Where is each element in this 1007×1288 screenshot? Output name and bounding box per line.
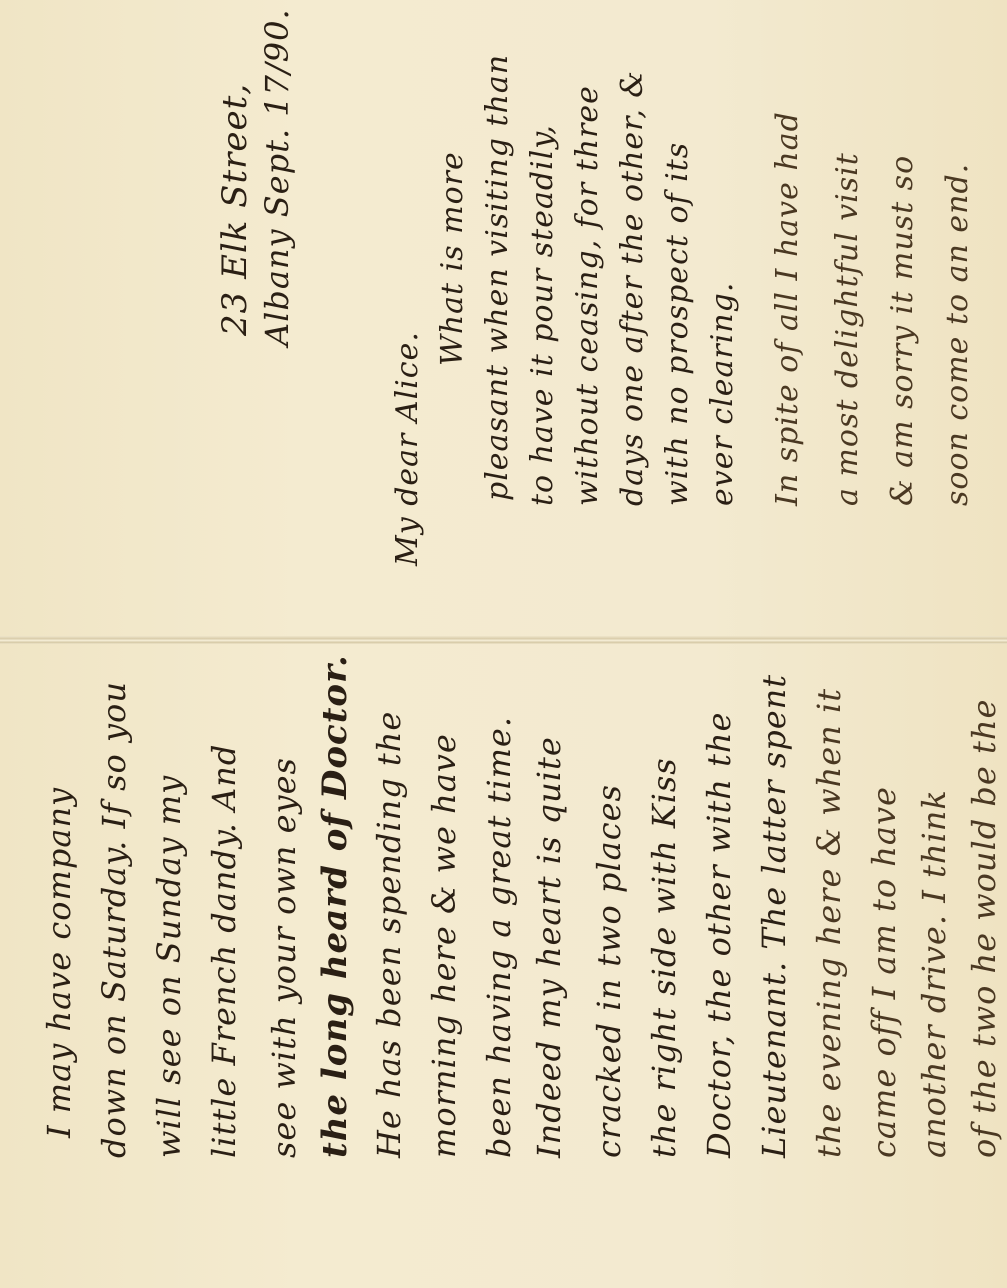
letter-line: In spite of all I have had [770,111,805,506]
letter-line: the evening here & when it [810,688,848,1158]
letter-line: will see on Sunday my [150,775,188,1158]
letter-line: morning here & we have [425,733,463,1158]
letter-line: a most delightful visit [830,152,865,506]
letter-line: little French dandy. And [205,744,243,1158]
letter-line: of the two he would be the [965,699,1003,1158]
letter-line: Lieutenant. The latter spent [755,674,793,1158]
letter-line: down on Saturday. If so you [95,681,133,1158]
letter-page-right: 23 Elk Street, Albany Sept. 17/90. My de… [0,0,1007,636]
letter-line: to have it pour steadily, [525,124,560,506]
letter-line: days one after the other, & [615,70,650,506]
letter-line: cracked in two places [590,784,628,1158]
page-left-text: I may have company down on Saturday. If … [0,644,1007,1288]
letter-line: pleasant when visiting than [480,54,515,501]
letter-line: the long heard of Doctor. [315,654,355,1158]
letter-line: & am sorry it must so [885,155,920,506]
letter-line: see with your own eyes [265,757,303,1158]
salutation: My dear Alice. [390,331,425,566]
letter-line: with no prospect of its [660,142,695,506]
address-street: 23 Elk Street, [215,83,255,336]
letter-page-left: I may have company down on Saturday. If … [0,644,1007,1288]
letter-line: came off I am to have [865,786,903,1158]
letter-line: ever clearing. [705,282,740,506]
paper-fold [0,636,1007,644]
letter-line: been having a great time. [480,716,518,1158]
letter-line: What is more [435,151,470,366]
letter-line: He has been spending the [370,711,408,1158]
letter-line: soon come to an end. [940,163,975,506]
letter-line: Doctor, the other with the [700,712,738,1158]
letter-line: the right side with Kiss [645,757,683,1158]
letter-line: I may have company [40,787,78,1138]
letter-line: without ceasing, for three [570,85,605,506]
page-right-text: 23 Elk Street, Albany Sept. 17/90. My de… [0,0,1007,636]
address-date: Albany Sept. 17/90. [258,8,296,346]
letter-line: another drive. I think [915,789,953,1158]
letter-line: Indeed my heart is quite [530,736,568,1158]
